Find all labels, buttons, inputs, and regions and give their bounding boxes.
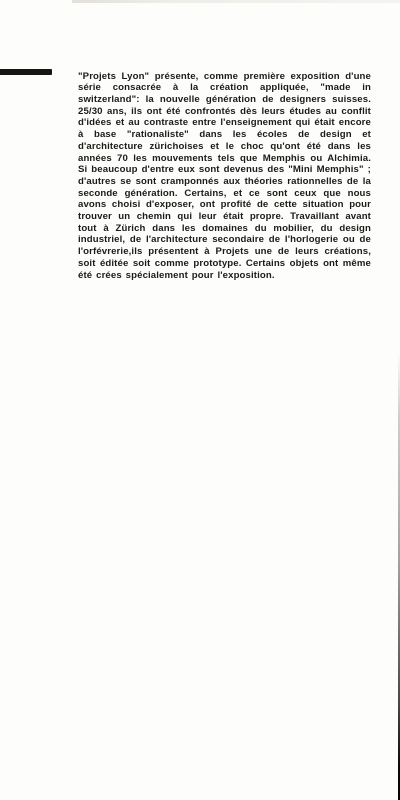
black-rule-bar <box>0 69 52 75</box>
scanned-page: "Projets Lyon" présente, comme première … <box>0 0 400 800</box>
exhibition-intro-paragraph: "Projets Lyon" présente, comme première … <box>78 71 371 282</box>
scan-top-edge-artifact <box>72 0 400 3</box>
